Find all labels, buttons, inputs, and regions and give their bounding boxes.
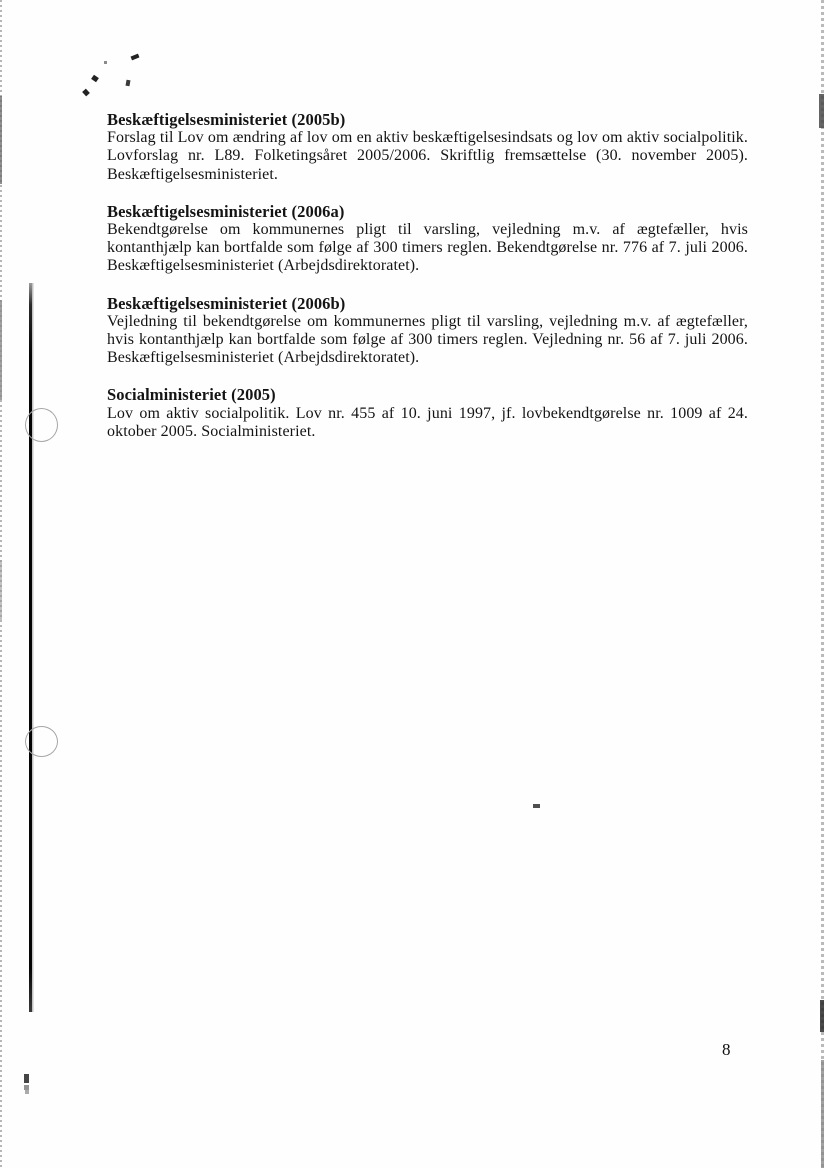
ink-speckle bbox=[82, 89, 90, 97]
left-edge-dark-segment bbox=[0, 300, 2, 400]
right-edge-scan-line bbox=[821, 0, 824, 1168]
ink-speckle bbox=[104, 61, 107, 64]
right-edge-dark-segment bbox=[820, 1000, 824, 1032]
reference-body: Lov om aktiv socialpolitik. Lov nr. 455 … bbox=[107, 405, 748, 441]
reference-heading: Beskæftigelsesministeriet (2006a) bbox=[107, 203, 748, 221]
left-edge-dark-segment bbox=[0, 560, 2, 620]
stray-ink-dash bbox=[533, 804, 540, 808]
reference-entry: Beskæftigelsesministeriet (2006b) Vejled… bbox=[107, 295, 748, 368]
reference-heading: Beskæftigelsesministeriet (2005b) bbox=[107, 111, 748, 129]
reference-entry: Beskæftigelsesministeriet (2005b) Forsla… bbox=[107, 111, 748, 184]
reference-entry: Socialministeriet (2005) Lov om aktiv so… bbox=[107, 386, 748, 441]
reference-body: Forslag til Lov om ændring af lov om en … bbox=[107, 129, 748, 184]
ink-speckle bbox=[126, 80, 131, 87]
page-number: 8 bbox=[722, 1040, 731, 1060]
reference-entry: Beskæftigelsesministeriet (2006a) Bekend… bbox=[107, 203, 748, 276]
bottom-left-ink-mark bbox=[25, 1090, 29, 1094]
bottom-left-ink-mark bbox=[24, 1085, 29, 1090]
ink-speckle bbox=[131, 54, 140, 61]
right-edge-ink-blob bbox=[819, 94, 824, 128]
bottom-left-ink-mark bbox=[24, 1074, 29, 1083]
left-edge-scan-line bbox=[0, 0, 2, 1168]
hole-punch-mark bbox=[25, 408, 58, 442]
reference-heading: Socialministeriet (2005) bbox=[107, 386, 748, 404]
reference-heading: Beskæftigelsesministeriet (2006b) bbox=[107, 295, 748, 313]
references-list: Beskæftigelsesministeriet (2005b) Forsla… bbox=[107, 111, 748, 460]
reference-body: Vejledning til bekendtgørelse om kommune… bbox=[107, 313, 748, 368]
vertical-binder-scan-line bbox=[29, 283, 32, 1012]
scanned-document-page: Beskæftigelsesministeriet (2005b) Forsla… bbox=[0, 0, 825, 1168]
reference-body: Bekendtgørelse om kommunernes pligt til … bbox=[107, 221, 748, 276]
right-edge-dark-segment bbox=[821, 1060, 824, 1168]
left-edge-dark-segment bbox=[0, 96, 2, 184]
ink-speckle bbox=[91, 75, 99, 83]
hole-punch-mark bbox=[25, 726, 58, 757]
